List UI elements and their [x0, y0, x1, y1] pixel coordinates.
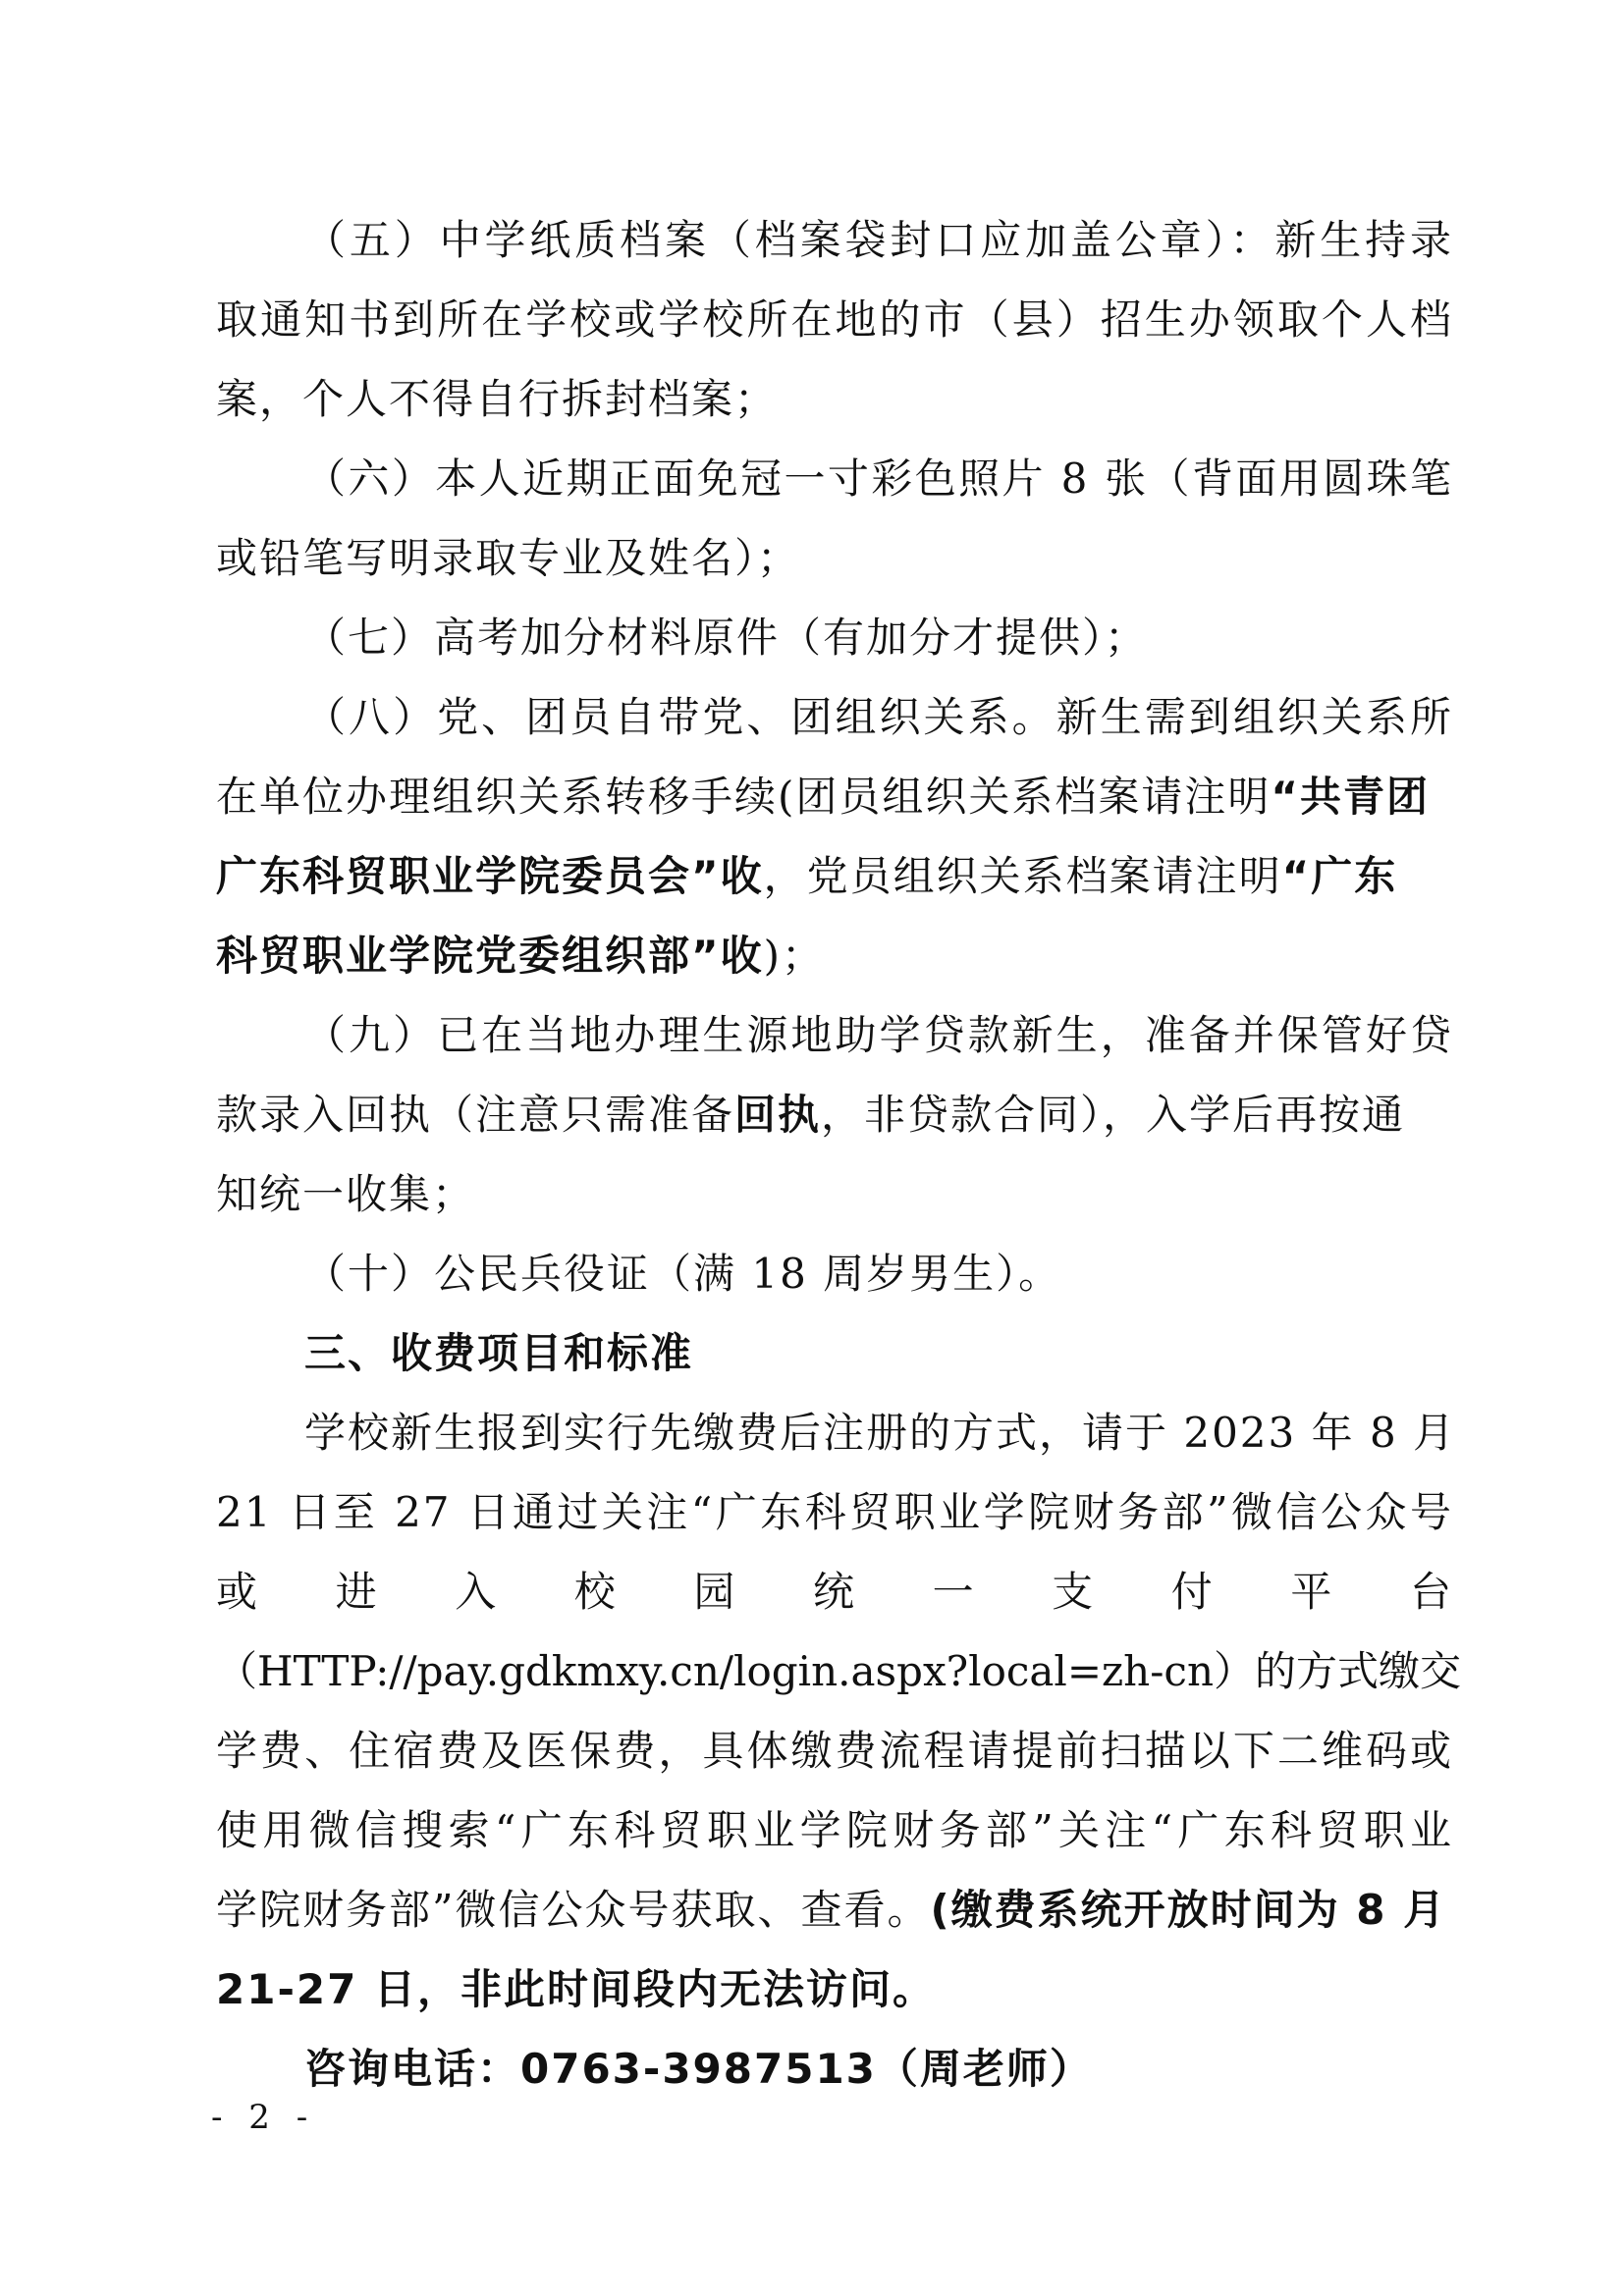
item-nine-line-2-bold: 回执 [734, 1091, 821, 1139]
item-ten-line-1: （十）公民兵役证（满 18 周岁男生）。 [304, 1247, 1453, 1302]
section-3-para-line-1: 学校新生报到实行先缴费后注册的方式，请于 2023 年 8 月 [304, 1406, 1453, 1461]
item-seven-line-1: （七）高考加分材料原件（有加分才提供）； [304, 611, 1453, 666]
section-3-para-line-3: 或 进 入 校 园 统 一 支 付 平 台 [216, 1565, 1453, 1620]
item-eight-line-3-bold: 广东科贸职业学院委员会”收 [216, 852, 764, 900]
section-3-para-line-7: 学院财务部”微信公众号获取、查看。(缴费系统开放时间为 8 月 [216, 1883, 1453, 1938]
section-3-heading: 三、收费项目和标准 [304, 1326, 1453, 1381]
char: 平 [1290, 1565, 1333, 1620]
item-eight-line-4-text: )； [764, 932, 825, 980]
char: 入 [455, 1565, 498, 1620]
item-eight-line-2-bold: “共青团 [1271, 773, 1430, 821]
item-five-line-1: （五）中学纸质档案（档案袋封口应加盖公章）：新生持录 [304, 213, 1453, 268]
item-six-line-1: （六）本人近期正面免冠一寸彩色照片 8 张（背面用圆珠笔 [304, 452, 1453, 507]
char: 台 [1410, 1565, 1453, 1620]
contact-phone: 咨询电话：0763-3987513（周老师） [304, 2042, 1453, 2097]
item-six-line-2: 或铅笔写明录取专业及姓名）； [216, 531, 1453, 586]
section-3-para-line-4-url[interactable]: （HTTP://pay.gdkmxy.cn/login.aspx?local=z… [216, 1644, 1453, 1699]
item-eight-line-3: 广东科贸职业学院委员会”收，党员组织关系档案请注明“广东 [216, 849, 1453, 904]
char: 园 [693, 1565, 736, 1620]
char: 进 [336, 1565, 379, 1620]
item-eight-line-2: 在单位办理组织关系转移手续(团员组织关系档案请注明“共青团 [216, 770, 1453, 825]
char: 支 [1052, 1565, 1095, 1620]
section-3-para-line-7-text: 学院财务部”微信公众号获取、查看。 [216, 1886, 930, 1934]
item-nine-line-2: 款录入回执（注意只需准备回执，非贷款合同），入学后再按通 [216, 1088, 1453, 1143]
item-eight-line-1: （八）党、团员自带党、团组织关系。新生需到组织关系所 [304, 690, 1453, 745]
item-five-line-2: 取通知书到所在学校或学校所在地的市（县）招生办领取个人档 [216, 293, 1453, 347]
char: 或 [216, 1565, 259, 1620]
item-eight-line-3-text: ，党员组织关系档案请注明 [764, 852, 1282, 900]
item-five-line-3: 案，个人不得自行拆封档案； [216, 372, 1453, 427]
item-nine-line-3: 知统一收集； [216, 1167, 1453, 1222]
item-eight-line-2-text: 在单位办理组织关系转移手续(团员组织关系档案请注明 [216, 773, 1271, 821]
item-nine-line-2-text: 款录入回执（注意只需准备 [216, 1091, 734, 1139]
section-3-para-line-5: 学费、住宿费及医保费，具体缴费流程请提前扫描以下二维码或 [216, 1724, 1453, 1779]
char: 校 [574, 1565, 618, 1620]
page-number: - 2 - [211, 2098, 315, 2137]
item-nine-line-1: （九）已在当地办理生源地助学贷款新生，准备并保管好贷 [304, 1008, 1453, 1063]
char: 一 [933, 1565, 976, 1620]
section-3-para-line-2: 21 日至 27 日通过关注“广东科贸职业学院财务部”微信公众号 [216, 1485, 1453, 1540]
document-page: （五）中学纸质档案（档案袋封口应加盖公章）：新生持录 取通知书到所在学校或学校所… [0, 0, 1624, 2296]
item-eight-line-3-bold-end: “广东 [1282, 852, 1398, 900]
section-3-para-line-8: 21-27 日，非此时间段内无法访问。 [216, 1962, 1453, 2017]
char: 统 [813, 1565, 856, 1620]
item-nine-line-2-text-end: ，非贷款合同），入学后再按通 [821, 1091, 1405, 1139]
char: 付 [1171, 1565, 1215, 1620]
item-eight-line-4: 科贸职业学院党委组织部”收)； [216, 929, 1453, 984]
section-3-para-line-7-bold: (缴费系统开放时间为 8 月 [930, 1886, 1446, 1934]
section-3-para-line-6: 使用微信搜索“广东科贸职业学院财务部”关注“广东科贸职业 [216, 1803, 1453, 1858]
item-eight-line-4-bold: 科贸职业学院党委组织部”收 [216, 932, 764, 980]
